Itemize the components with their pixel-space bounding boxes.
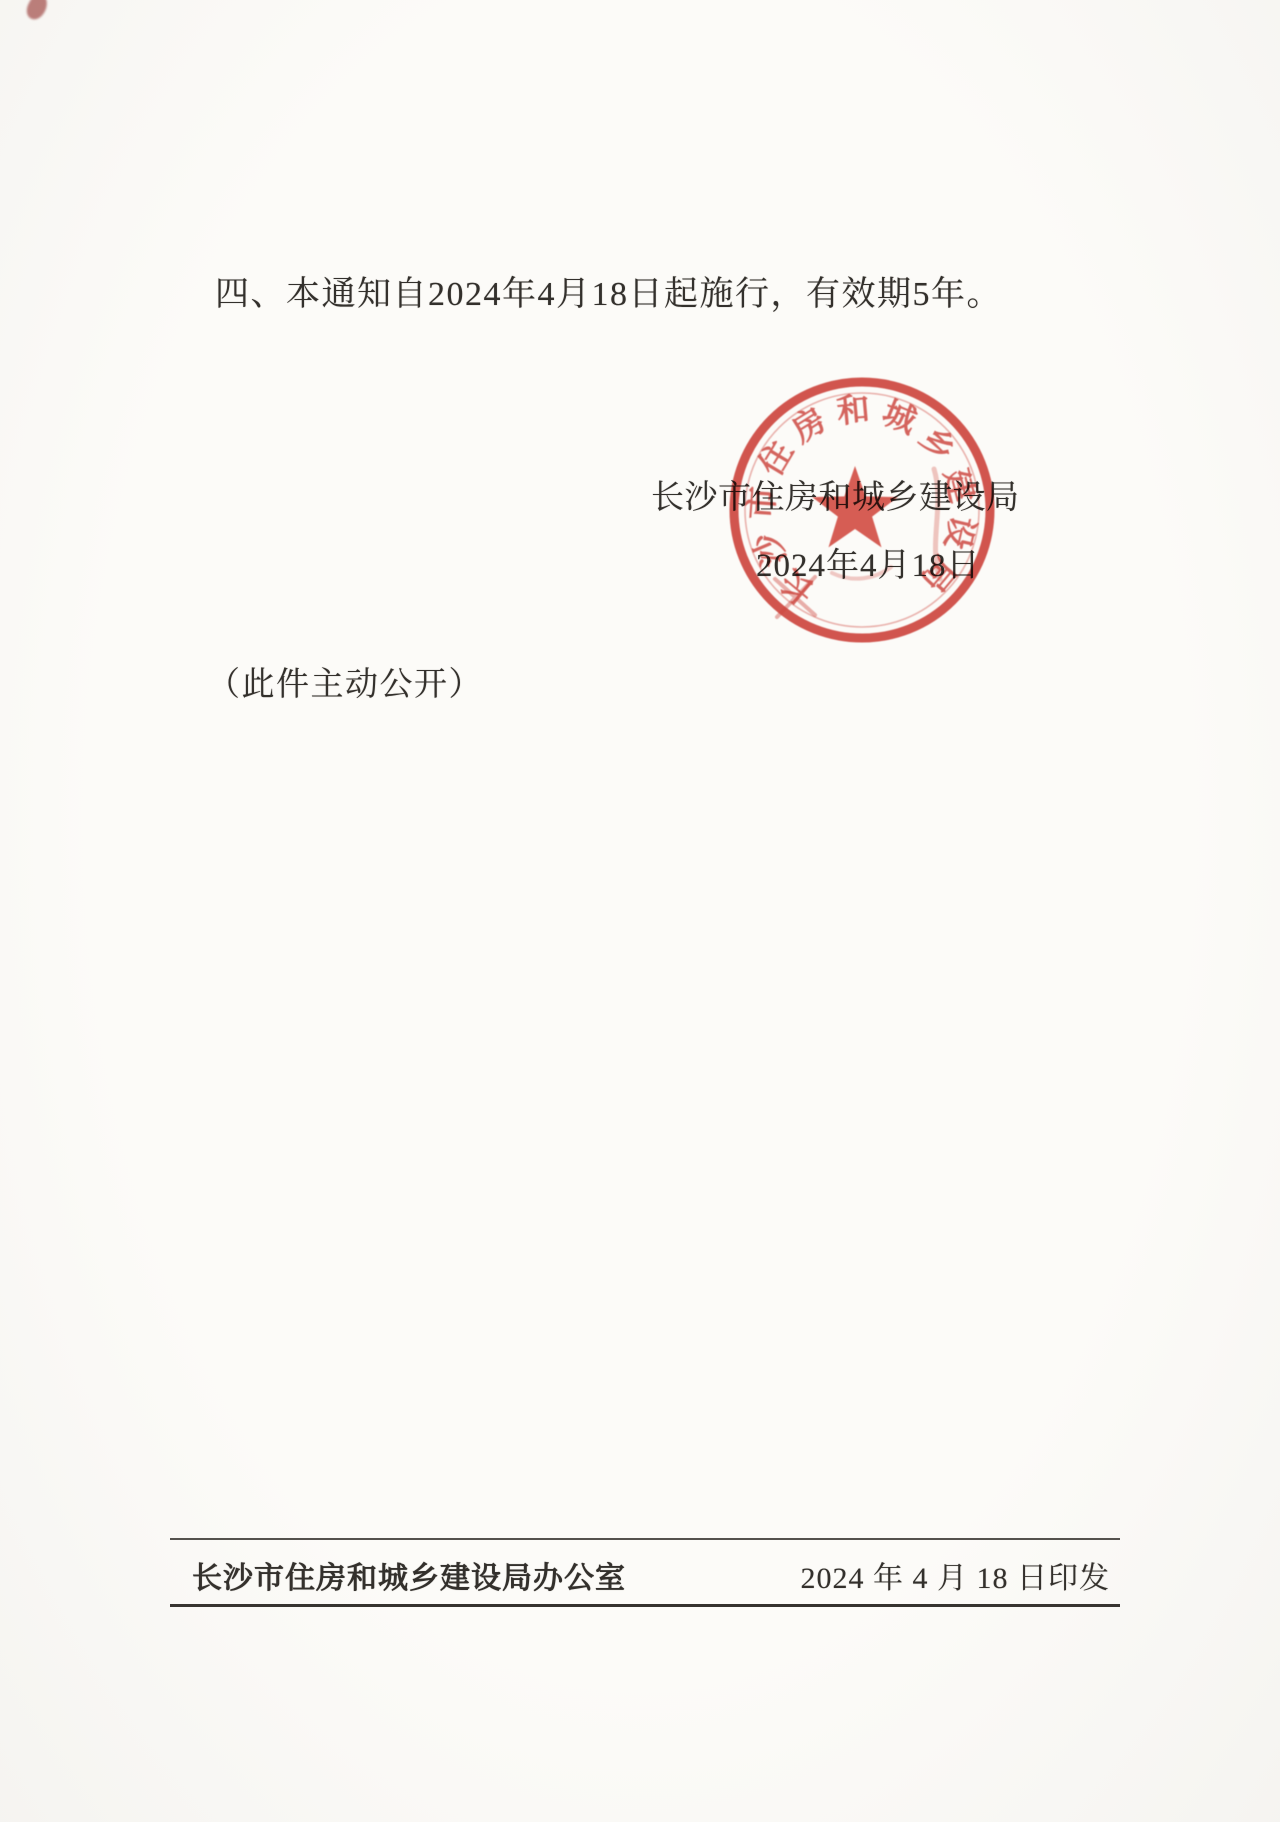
footer-print-date: 2024 年 4 月 18 日印发: [801, 1553, 1111, 1597]
footer-divider-bottom: [170, 1604, 1120, 1607]
footer-divider-top: [170, 1538, 1120, 1540]
seal-arc-char: 局: [913, 549, 962, 597]
footer-row: 长沙市住房和城乡建设局办公室 2024 年 4 月 18 日印发: [170, 1550, 1120, 1600]
seal-arc-char: 设: [937, 512, 980, 552]
seal-smudge: [832, 567, 891, 579]
official-seal: 长沙市住房和城乡建设局: [729, 377, 995, 643]
red-seal-stamp-icon: 长沙市住房和城乡建设局: [729, 377, 995, 643]
seal-arc-char: 和: [835, 391, 871, 431]
seal-arc-char: 市: [743, 485, 782, 521]
footer-office-name: 长沙市住房和城乡建设局办公室: [192, 1553, 626, 1597]
seal-arc-char: 城: [877, 394, 921, 441]
seal-arc-char: 住: [752, 435, 801, 482]
body-paragraph: 四、本通知自2024年4月18日起施行，有效期5年。: [215, 266, 1002, 315]
scanned-document-page: 四、本通知自2024年4月18日起施行，有效期5年。 长沙市住房和城乡建设局 2…: [0, 0, 1280, 1822]
disclosure-note: （此件主动公开）: [207, 658, 483, 705]
seal-arc-char: 建: [937, 465, 981, 506]
seal-arc-char: 沙: [747, 526, 794, 572]
scan-artifact-smudge: [23, 0, 51, 23]
red-star-icon: [812, 466, 898, 547]
seal-arc-char: 房: [785, 401, 833, 450]
